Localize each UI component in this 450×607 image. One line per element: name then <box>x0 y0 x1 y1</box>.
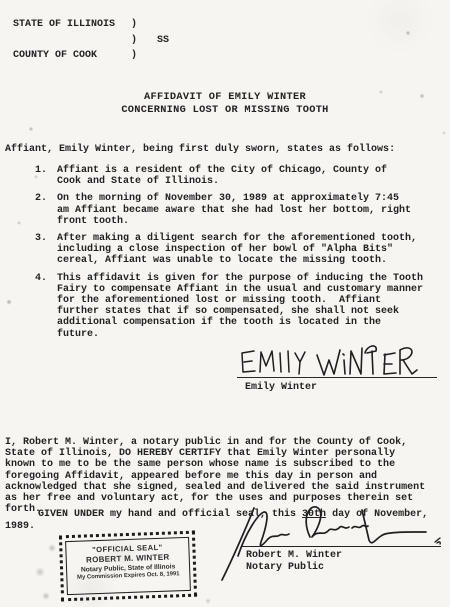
averments-list: 1. Affiant is a resident of the City of … <box>0 165 450 346</box>
averment-number: 2. <box>35 193 47 204</box>
affiant-signature-line <box>237 377 437 378</box>
averment-item-3: 3. After making a diligent search for th… <box>0 233 450 267</box>
averment-text: On the morning of November 30, 1989 at a… <box>57 193 450 227</box>
seal-notary-name: ROBERT M. WINTER <box>67 552 189 565</box>
document-title: AFFIDAVIT OF EMILY WINTER CONCERNING LOS… <box>0 91 450 116</box>
venue-paren: ) <box>131 48 157 64</box>
document-title-line1: AFFIDAVIT OF EMILY WINTER <box>0 91 450 104</box>
averment-item-1: 1. Affiant is a resident of the City of … <box>0 165 450 187</box>
averment-text: This affidavit is given for the purpose … <box>57 273 450 340</box>
averment-number: 1. <box>35 165 47 176</box>
averment-number: 3. <box>35 233 47 244</box>
averment-item-4: 4. This affidavit is given for the purpo… <box>0 273 450 340</box>
affiant-typed-name: Emily Winter <box>245 382 317 393</box>
opening-recital: Affiant, Emily Winter, being first duly … <box>5 144 395 155</box>
venue-caption-block: STATE OF ILLINOIS ) ) SS COUNTY OF COOK … <box>13 17 169 64</box>
venue-county-label: COUNTY OF COOK <box>13 48 131 64</box>
seal-notary-title: Notary Public, State of Illinois <box>67 562 189 573</box>
affidavit-document-page: STATE OF ILLINOIS ) ) SS COUNTY OF COOK … <box>0 0 450 607</box>
seal-official-seal-label: "OFFICIAL SEAL" <box>66 542 188 555</box>
notary-handwritten-signature <box>216 500 444 584</box>
averment-text: After making a diligent search for the a… <box>57 233 450 267</box>
seal-commission-expiry: My Commission Expires Oct. 8, 1991 <box>67 571 189 581</box>
affiant-handwritten-signature <box>237 342 437 378</box>
venue-ss-label: SS <box>157 33 169 49</box>
averment-item-2: 2. On the morning of November 30, 1989 a… <box>0 193 450 227</box>
venue-county-row: COUNTY OF COOK ) <box>13 48 169 64</box>
venue-paren: ) <box>131 33 157 49</box>
venue-ss-row: ) SS <box>13 33 169 49</box>
averment-number: 4. <box>35 273 47 284</box>
venue-paren: ) <box>131 17 157 33</box>
venue-state-row: STATE OF ILLINOIS ) <box>13 17 169 33</box>
given-under-year: 1989. <box>5 521 35 532</box>
averment-text: Affiant is a resident of the City of Chi… <box>57 165 450 187</box>
venue-state-label: STATE OF ILLINOIS <box>13 17 131 33</box>
notary-official-seal-stamp: "OFFICIAL SEAL" ROBERT M. WINTER Notary … <box>65 537 191 595</box>
document-title-line2: CONCERNING LOST OR MISSING TOOTH <box>0 104 450 117</box>
venue-spacer <box>13 33 131 49</box>
